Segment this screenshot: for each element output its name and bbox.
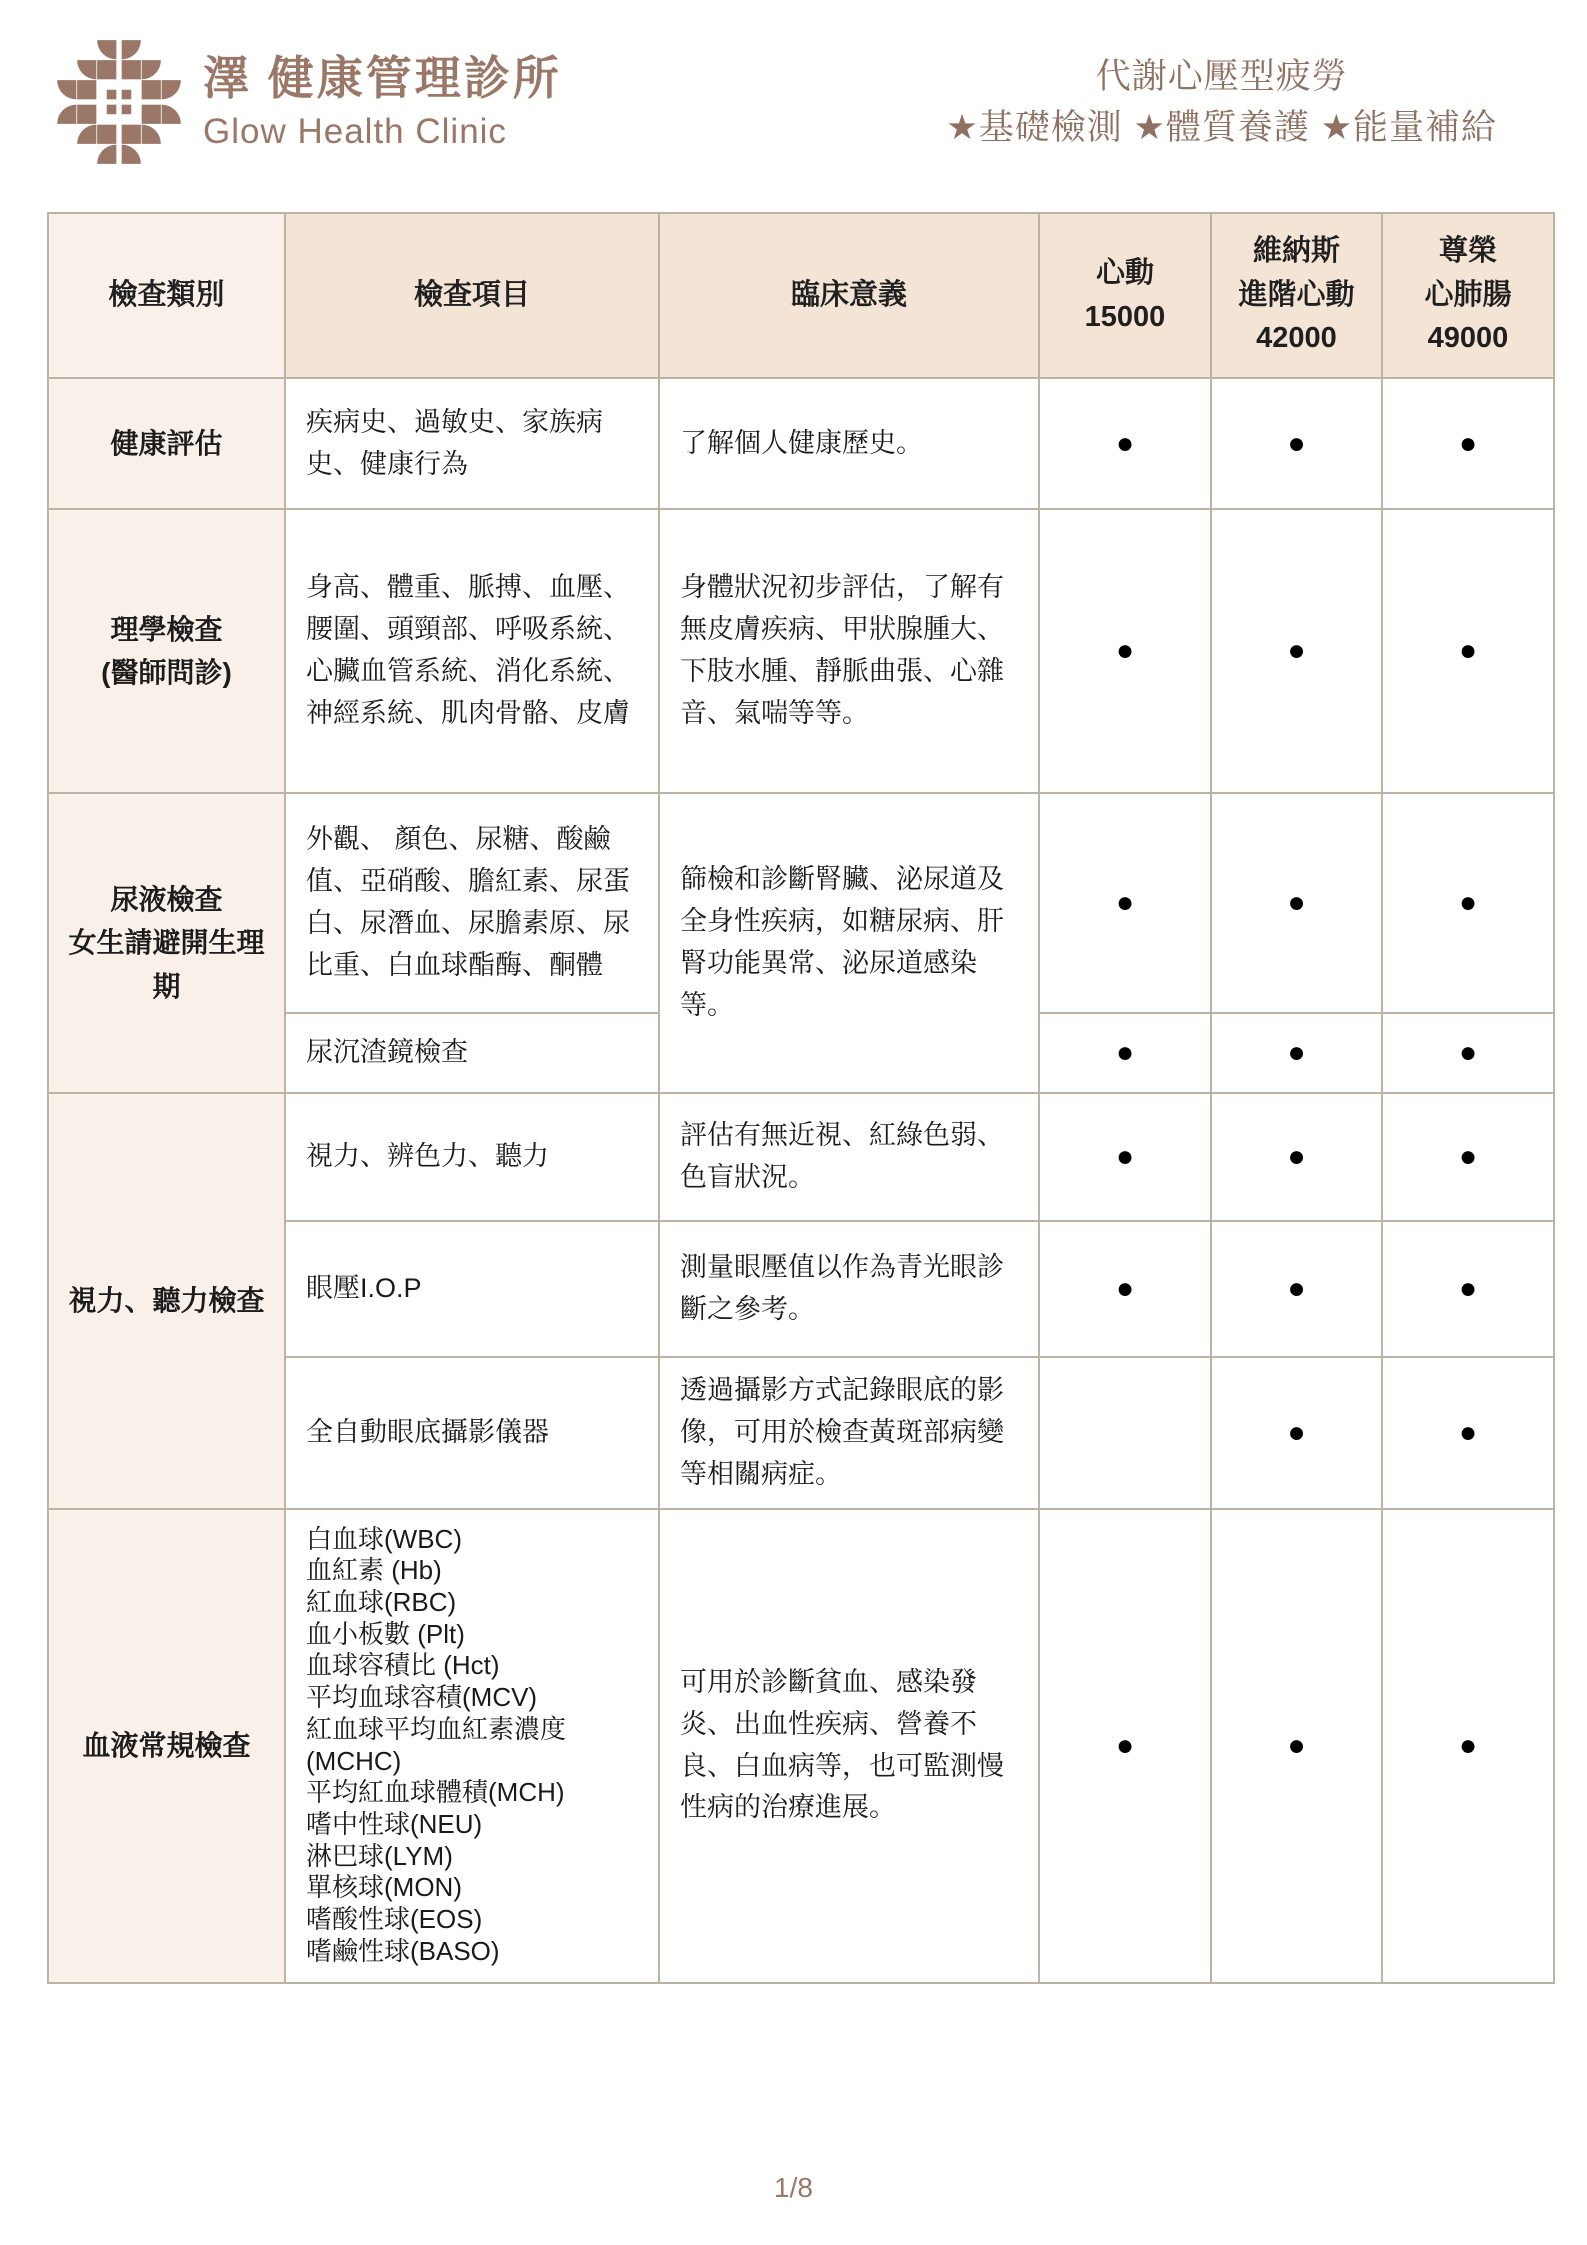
category-cell: 視力、聽力檢查 xyxy=(48,1093,285,1509)
clinic-name-block: 澤 健康管理診所 Glow Health Clinic xyxy=(203,52,562,153)
plan-dot-cell: ● xyxy=(1382,1013,1554,1093)
plan-dot-cell: ● xyxy=(1211,509,1382,793)
page-header: 澤 健康管理診所 Glow Health Clinic 代謝心壓型疲勞 ★基礎檢… xyxy=(55,38,1537,166)
meaning-cell: 身體狀況初步評估，了解有無皮膚疾病、甲狀腺腫大、下肢水腫、靜脈曲張、心雜音、氣喘… xyxy=(659,509,1039,793)
plan-dot-cell: ● xyxy=(1211,378,1382,509)
plan-dot-cell: ● xyxy=(1382,793,1554,1013)
table-row: 尿液檢查 女生請避開生理期 外觀、 顏色、尿糖、酸鹼值、亞硝酸、膽紅素、尿蛋白、… xyxy=(48,793,1554,1013)
plan-dot-cell: ● xyxy=(1382,378,1554,509)
plan-dot-cell: ● xyxy=(1211,793,1382,1013)
item-cell: 白血球(WBC) 血紅素 (Hb) 紅血球(RBC) 血小板數 (Plt) 血球… xyxy=(285,1509,659,1983)
plan-dot-cell: ● xyxy=(1039,1093,1211,1221)
plan-dot-cell: ● xyxy=(1039,509,1211,793)
plan-dot-cell: ● xyxy=(1211,1357,1382,1509)
document-page: 澤 健康管理診所 Glow Health Clinic 代謝心壓型疲勞 ★基礎檢… xyxy=(0,0,1587,2245)
meaning-cell: 篩檢和診斷腎臟、泌尿道及全身性疾病，如糖尿病、肝腎功能異常、泌尿道感染等。 xyxy=(659,793,1039,1093)
page-number: 1/8 xyxy=(0,2172,1587,2204)
package-title-line1: 代謝心壓型疲勞 xyxy=(946,52,1497,103)
col-header-plan-15000: 心動 15000 xyxy=(1039,213,1211,378)
table-row: 健康評估 疾病史、過敏史、家族病史、健康行為 了解個人健康歷史。 ● ● ● xyxy=(48,378,1554,509)
category-cell: 血液常規檢查 xyxy=(48,1509,285,1983)
plan-dot-cell: ● xyxy=(1211,1509,1382,1983)
plan-dot-cell: ● xyxy=(1382,1221,1554,1357)
plan-dot-cell: ● xyxy=(1382,1357,1554,1509)
item-cell: 尿沉渣鏡檢查 xyxy=(285,1013,659,1093)
clinic-name-en: Glow Health Clinic xyxy=(203,112,562,152)
plan-dot-cell: ● xyxy=(1382,509,1554,793)
item-cell: 身高、體重、脈搏、血壓、腰圍、頭頸部、呼吸系統、心臟血管系統、消化系統、神經系統… xyxy=(285,509,659,793)
plan-dot-cell: ● xyxy=(1382,1093,1554,1221)
plan-dot-cell: ● xyxy=(1039,1509,1211,1983)
plan-dot-cell: ● xyxy=(1039,1013,1211,1093)
clinic-brand: 澤 健康管理診所 Glow Health Clinic xyxy=(55,38,562,166)
plan-dot-cell: ● xyxy=(1039,793,1211,1013)
meaning-cell: 測量眼壓值以作為青光眼診斷之參考。 xyxy=(659,1221,1039,1357)
col-header-plan-49000: 尊榮 心肺腸 49000 xyxy=(1382,213,1554,378)
glow-flower-logo-icon xyxy=(55,38,183,166)
package-title: 代謝心壓型疲勞 ★基礎檢測 ★體質養護 ★能量補給 xyxy=(946,52,1497,154)
exam-table: 檢查類別 檢查項目 臨床意義 心動 15000 維納斯 進階心動 42000 尊… xyxy=(47,212,1555,1984)
item-cell: 疾病史、過敏史、家族病史、健康行為 xyxy=(285,378,659,509)
package-title-line2: ★基礎檢測 ★體質養護 ★能量補給 xyxy=(946,103,1497,154)
col-header-meaning: 臨床意義 xyxy=(659,213,1039,378)
item-cell: 外觀、 顏色、尿糖、酸鹼值、亞硝酸、膽紅素、尿蛋白、尿潛血、尿膽素原、尿比重、白… xyxy=(285,793,659,1013)
clinic-name-zh: 澤 健康管理診所 xyxy=(203,52,562,105)
meaning-cell: 評估有無近視、紅綠色弱、色盲狀況。 xyxy=(659,1093,1039,1221)
col-header-plan-42000: 維納斯 進階心動 42000 xyxy=(1211,213,1382,378)
item-cell: 視力、辨色力、聽力 xyxy=(285,1093,659,1221)
item-cell: 眼壓I.O.P xyxy=(285,1221,659,1357)
col-header-category: 檢查類別 xyxy=(48,213,285,378)
meaning-cell: 了解個人健康歷史。 xyxy=(659,378,1039,509)
plan-dot-cell: ● xyxy=(1211,1013,1382,1093)
plan-dot-cell: ● xyxy=(1039,378,1211,509)
plan-dot-cell: ● xyxy=(1211,1221,1382,1357)
plan-dot-cell: ● xyxy=(1382,1509,1554,1983)
category-cell: 理學檢查 (醫師問診) xyxy=(48,509,285,793)
table-row: 血液常規檢查 白血球(WBC) 血紅素 (Hb) 紅血球(RBC) 血小板數 (… xyxy=(48,1509,1554,1983)
plan-dot-cell xyxy=(1039,1357,1211,1509)
meaning-cell: 可用於診斷貧血、感染發炎、出血性疾病、營養不良、白血病等，也可監測慢性病的治療進… xyxy=(659,1509,1039,1983)
table-row: 理學檢查 (醫師問診) 身高、體重、脈搏、血壓、腰圍、頭頸部、呼吸系統、心臟血管… xyxy=(48,509,1554,793)
col-header-item: 檢查項目 xyxy=(285,213,659,378)
plan-dot-cell: ● xyxy=(1211,1093,1382,1221)
table-header-row: 檢查類別 檢查項目 臨床意義 心動 15000 維納斯 進階心動 42000 尊… xyxy=(48,213,1554,378)
category-cell: 尿液檢查 女生請避開生理期 xyxy=(48,793,285,1093)
plan-dot-cell: ● xyxy=(1039,1221,1211,1357)
meaning-cell: 透過攝影方式記錄眼底的影像，可用於檢查黃斑部病變等相關病症。 xyxy=(659,1357,1039,1509)
category-cell: 健康評估 xyxy=(48,378,285,509)
table-row: 視力、聽力檢查 視力、辨色力、聽力 評估有無近視、紅綠色弱、色盲狀況。 ● ● … xyxy=(48,1093,1554,1221)
item-cell: 全自動眼底攝影儀器 xyxy=(285,1357,659,1509)
